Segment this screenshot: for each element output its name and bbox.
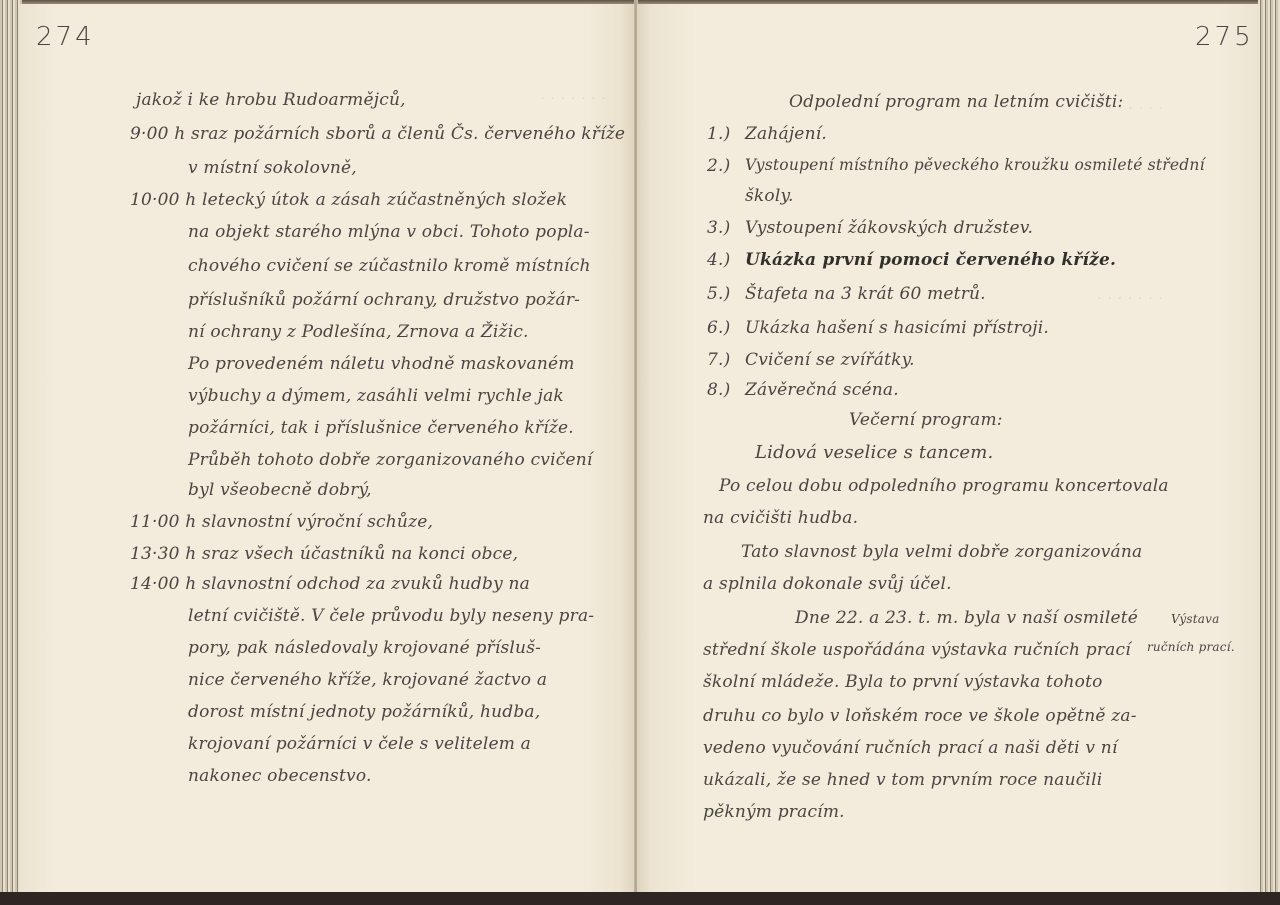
- program-item-number: 7.): [707, 350, 730, 370]
- text-line: požárníci, tak i příslušnice červeného k…: [188, 418, 574, 438]
- program-item: Vystoupení žákovských družstev.: [745, 218, 1033, 238]
- program-item: Závěrečná scéna.: [745, 380, 899, 400]
- section-heading: Odpolední program na letním cvičišti:: [789, 92, 1123, 112]
- text-line: jakož i ke hrobu Rudoarmějců,: [136, 90, 406, 110]
- text-line: výbuchy a dýmem, zasáhli velmi rychle ja…: [188, 386, 564, 406]
- text-line: krojovaní požárníci v čele s velitelem a: [188, 734, 531, 754]
- program-item-number: 6.): [707, 318, 730, 338]
- program-item: Štafeta na 3 krát 60 metrů.: [745, 284, 986, 304]
- text-line: dorost místní jednoty požárníků, hudba,: [188, 702, 540, 722]
- program-item: Vystoupení místního pěveckého kroužku os…: [745, 156, 1205, 174]
- program-item: Cvičení se zvířátky.: [745, 350, 915, 370]
- paragraph-line: na cvičišti hudba.: [703, 508, 858, 528]
- right-page-edges: [1258, 0, 1280, 892]
- program-item-continued: školy.: [745, 186, 794, 206]
- margin-note: ručních prací.: [1147, 640, 1235, 654]
- text-line: Průběh tohoto dobře zorganizovaného cvič…: [188, 450, 593, 470]
- paragraph-line: pěkným pracím.: [703, 802, 845, 822]
- program-item: Ukázka hašení s hasicími přístroji.: [745, 318, 1049, 338]
- paragraph-line: druhu co bylo v loňském roce ve škole op…: [703, 706, 1137, 726]
- program-item-number: 3.): [707, 218, 730, 238]
- program-item: Zahájení.: [745, 124, 827, 144]
- program-item-number: 8.): [707, 380, 730, 400]
- text-line: nice červeného kříže, krojované žactvo a: [188, 670, 547, 690]
- text-line: v místní sokolovně,: [188, 158, 357, 178]
- page-number: 275: [1195, 22, 1254, 52]
- evening-heading: Večerní program:: [849, 410, 1003, 430]
- paragraph-line: a splnila dokonale svůj účel.: [703, 574, 952, 594]
- text-line: 13·30 h sraz všech účastníků na konci ob…: [130, 544, 518, 564]
- right-page: . . . . . . . . . . . . . . . . 275 Odpo…: [637, 4, 1260, 892]
- paragraph-line: školní mládeže. Byla to první výstavka t…: [703, 672, 1103, 692]
- text-line: 10·00 h letecký útok a zásah zúčastněnýc…: [130, 190, 567, 210]
- paragraph-line: Dne 22. a 23. t. m. byla v naší osmileté: [795, 608, 1138, 628]
- paragraph-line: vedeno vyučování ručních prací a naši dě…: [703, 738, 1118, 758]
- program-item: Ukázka první pomoci červeného kříže.: [745, 250, 1116, 270]
- text-line: letní cvičiště. V čele průvodu byly nese…: [188, 606, 594, 626]
- text-line: 9·00 h sraz požárních sborů a členů Čs. …: [130, 124, 625, 144]
- text-line: příslušníků požární ochrany, družstvo po…: [188, 290, 580, 310]
- program-item-number: 1.): [707, 124, 730, 144]
- program-item-number: 5.): [707, 284, 730, 304]
- program-item-number: 2.): [707, 156, 730, 176]
- left-page-edges: [0, 0, 22, 892]
- text-line: nakonec obecenstvo.: [188, 766, 372, 786]
- open-book: . . . . . . . 274 jakož i ke hrobu Rudoa…: [0, 0, 1280, 893]
- text-line: 11·00 h slavnostní výroční schůze,: [130, 512, 433, 532]
- text-line: byl všeobecně dobrý,: [188, 480, 372, 500]
- evening-text: Lidová veselice s tancem.: [755, 442, 993, 463]
- page-number: 274: [36, 22, 95, 52]
- text-line: pory, pak následovaly krojované přísluš-: [188, 638, 541, 658]
- text-line: Po provedeném náletu vhodně maskovaném: [188, 354, 575, 374]
- paragraph-line: ukázali, že se hned v tom prvním roce na…: [703, 770, 1102, 790]
- paragraph-line: Tato slavnost byla velmi dobře zorganizo…: [741, 542, 1142, 562]
- paragraph-line: Po celou dobu odpoledního programu konce…: [719, 476, 1169, 496]
- text-line: ní ochrany z Podlešína, Zrnova a Žižic.: [188, 322, 529, 342]
- margin-note: Výstava: [1171, 612, 1219, 626]
- program-item-number: 4.): [707, 250, 730, 270]
- text-line: chového cvičení se zúčastnilo kromě míst…: [188, 256, 591, 276]
- paragraph-line: střední škole uspořádána výstavka ručníc…: [703, 640, 1131, 660]
- text-line: 14·00 h slavnostní odchod za zvuků hudby…: [130, 574, 530, 594]
- text-line: na objekt starého mlýna v obci. Tohoto p…: [188, 222, 590, 242]
- left-page: . . . . . . . 274 jakož i ke hrobu Rudoa…: [20, 4, 636, 892]
